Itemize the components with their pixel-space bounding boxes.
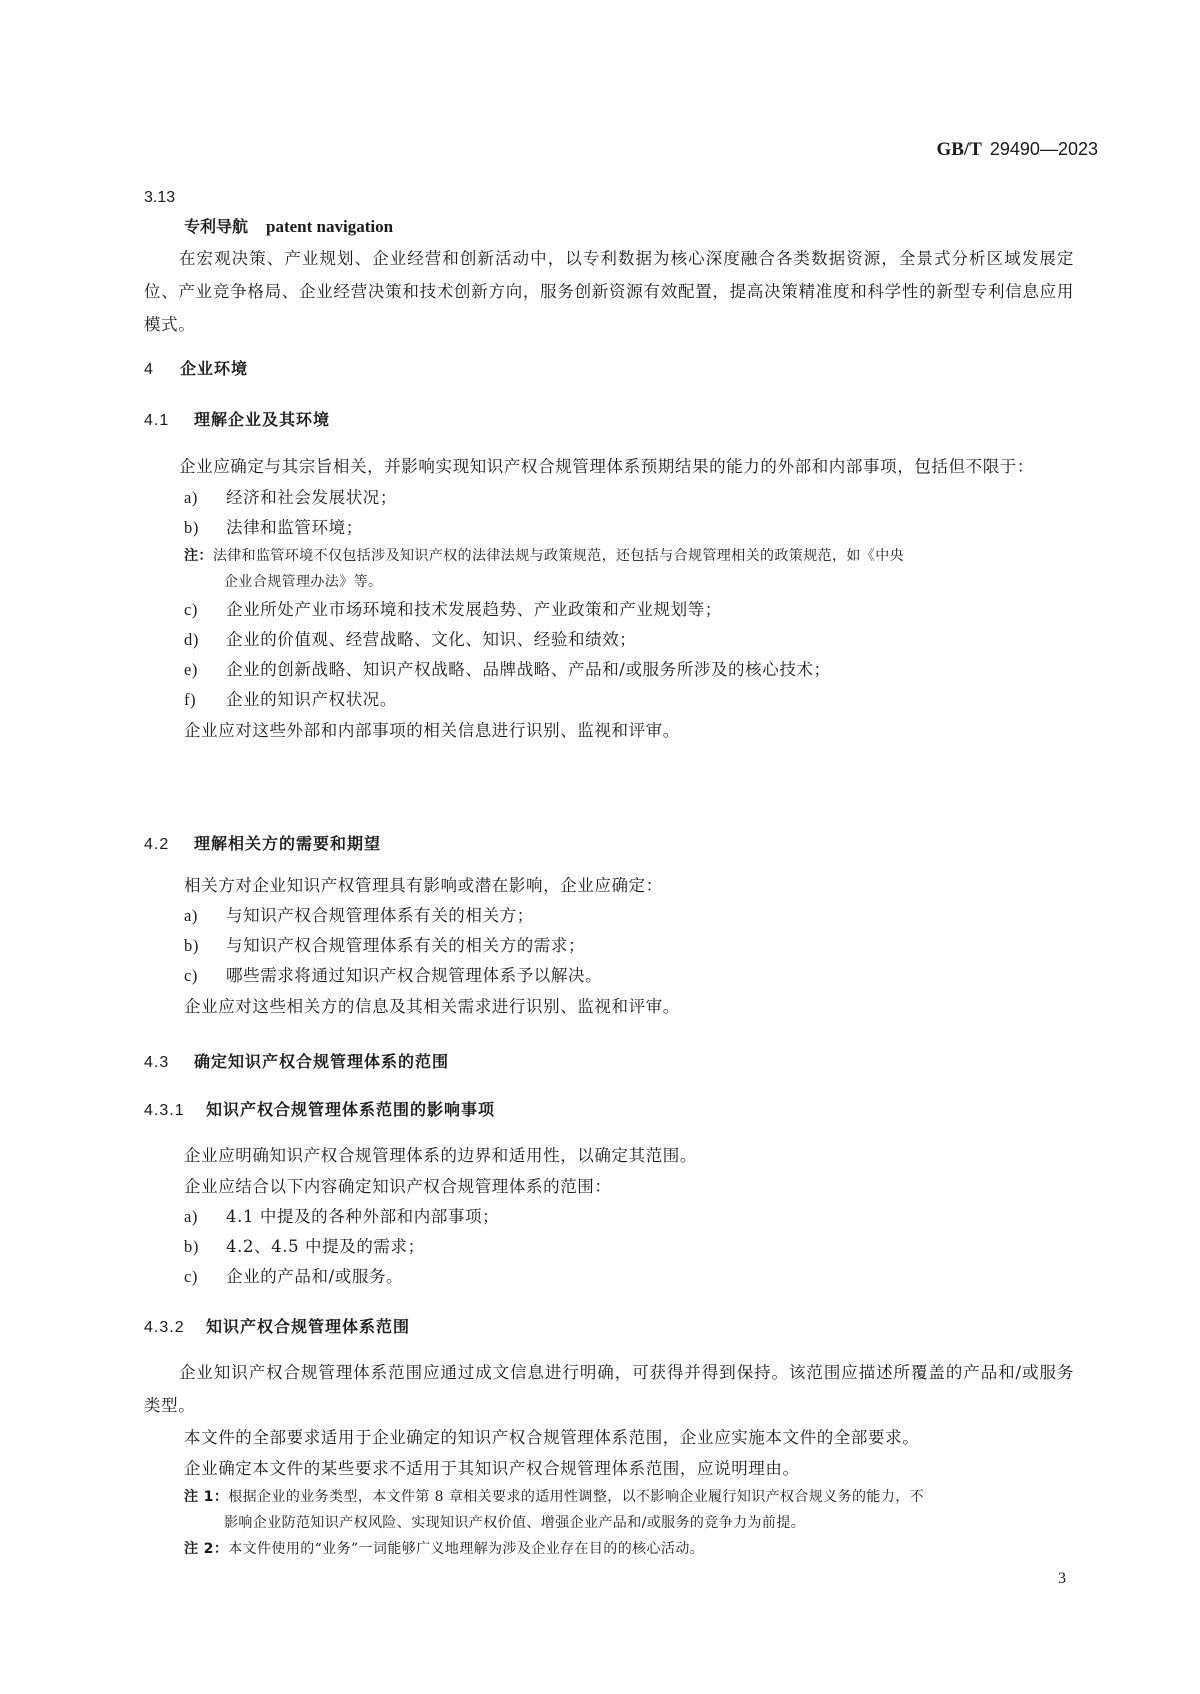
- section-4-1-closing: 企业应对这些外部和内部事项的相关信息进行识别、监视和评审。: [144, 715, 1074, 746]
- section-4-2-body: 相关方对企业知识产权管理具有影响或潜在影响，企业应确定： a)与知识产权合规管理…: [144, 870, 1074, 1022]
- note-label: 注 1：: [184, 1489, 228, 1505]
- section-title: 确定知识产权合规管理体系的范围: [194, 1052, 449, 1071]
- section-4-1-body: 企业应确定与其宗旨相关，并影响实现知识产权合规管理体系预期结果的能力的外部和内部…: [144, 450, 1074, 746]
- section-4-2-heading: 4.2理解相关方的需要和期望: [144, 830, 1074, 859]
- section-4-3-2-heading: 4.3.2知识产权合规管理体系范围: [144, 1313, 1074, 1342]
- term-title: 专利导航patent navigation: [144, 212, 1074, 242]
- list-item: d)企业的价值观、经营战略、文化、知识、经验和绩效；: [144, 625, 1074, 655]
- section-number: 4.3.2: [144, 1314, 206, 1342]
- list-item: a)经济和社会发展状况；: [144, 483, 1074, 513]
- term-en: patent navigation: [266, 217, 393, 236]
- section-number: 4: [144, 356, 180, 384]
- section-number: 4.3: [144, 1049, 194, 1077]
- term-definition: 在宏观决策、产业规划、企业经营和创新活动中，以专利数据为核心深度融合各类数据资源…: [144, 242, 1074, 341]
- term-3-13: 3.13 专利导航patent navigation 在宏观决策、产业规划、企业…: [144, 184, 1074, 341]
- section-4-3-2-body: 企业知识产权合规管理体系范围应通过成文信息进行明确，可获得并得到保持。该范围应描…: [144, 1356, 1074, 1562]
- standard-code-header: GB/T29490—2023: [936, 139, 1098, 161]
- section-4-1-intro: 企业应确定与其宗旨相关，并影响实现知识产权合规管理体系预期结果的能力的外部和内部…: [144, 450, 1074, 483]
- list-item: c)哪些需求将通过知识产权合规管理体系予以解决。: [144, 961, 1074, 991]
- note-label: 注：: [184, 548, 213, 564]
- section-4-2-intro: 相关方对企业知识产权管理具有影响或潜在影响，企业应确定：: [144, 870, 1074, 901]
- section-title: 知识产权合规管理体系范围: [206, 1317, 410, 1336]
- list-item: f)企业的知识产权状况。: [144, 685, 1074, 715]
- section-number: 4.3.1: [144, 1097, 206, 1125]
- list-item: a)4.1 中提及的各种外部和内部事项；: [144, 1202, 1074, 1232]
- list-item: b)法律和监管环境；: [144, 513, 1074, 543]
- section-4-heading: 4企业环境: [144, 355, 1074, 384]
- section-4-3-heading: 4.3确定知识产权合规管理体系的范围: [144, 1048, 1074, 1077]
- note: 注：法律和监管环境不仅包括涉及知识产权的法律法规与政策规范，还包括与合规管理相关…: [144, 543, 1074, 595]
- document-page: GB/T29490—2023 3.13 专利导航patent navigatio…: [0, 0, 1200, 1694]
- page-number: 3: [1058, 1570, 1066, 1588]
- term-number: 3.13: [144, 184, 1074, 212]
- section-4-1-heading: 4.1理解企业及其环境: [144, 406, 1074, 435]
- list-item: c)企业的产品和/或服务。: [144, 1262, 1074, 1292]
- standard-number: 29490—2023: [990, 139, 1098, 159]
- section-4-2-closing: 企业应对这些相关方的信息及其相关需求进行识别、监视和评审。: [144, 991, 1074, 1022]
- list-item: b)与知识产权合规管理体系有关的相关方的需求；: [144, 931, 1074, 961]
- term-zh: 专利导航: [184, 217, 248, 236]
- note-label: 注 2：: [184, 1541, 228, 1557]
- section-4-3-1-body: 企业应明确知识产权合规管理体系的边界和适用性，以确定其范围。 企业应结合以下内容…: [144, 1140, 1074, 1292]
- section-title: 企业环境: [180, 359, 248, 378]
- section-number: 4.1: [144, 407, 194, 435]
- standard-prefix: GB/T: [936, 139, 981, 160]
- section-4-3-1-heading: 4.3.1知识产权合规管理体系范围的影响事项: [144, 1096, 1074, 1125]
- list-item: b)4.2、4.5 中提及的需求；: [144, 1232, 1074, 1262]
- list-item: a)与知识产权合规管理体系有关的相关方；: [144, 901, 1074, 931]
- section-title: 理解相关方的需要和期望: [194, 834, 381, 853]
- section-title: 知识产权合规管理体系范围的影响事项: [206, 1100, 495, 1119]
- section-title: 理解企业及其环境: [194, 410, 330, 429]
- note-2: 注 2：本文件使用的“业务”一词能够广义地理解为涉及企业存在目的的核心活动。: [144, 1536, 1074, 1562]
- section-number: 4.2: [144, 831, 194, 859]
- note-1: 注 1：根据企业的业务类型，本文件第 8 章相关要求的适用性调整，以不影响企业履…: [144, 1484, 1074, 1536]
- list-item: e)企业的创新战略、知识产权战略、品牌战略、产品和/或服务所涉及的核心技术；: [144, 655, 1074, 685]
- list-item: c)企业所处产业市场环境和技术发展趋势、产业政策和产业规划等；: [144, 595, 1074, 625]
